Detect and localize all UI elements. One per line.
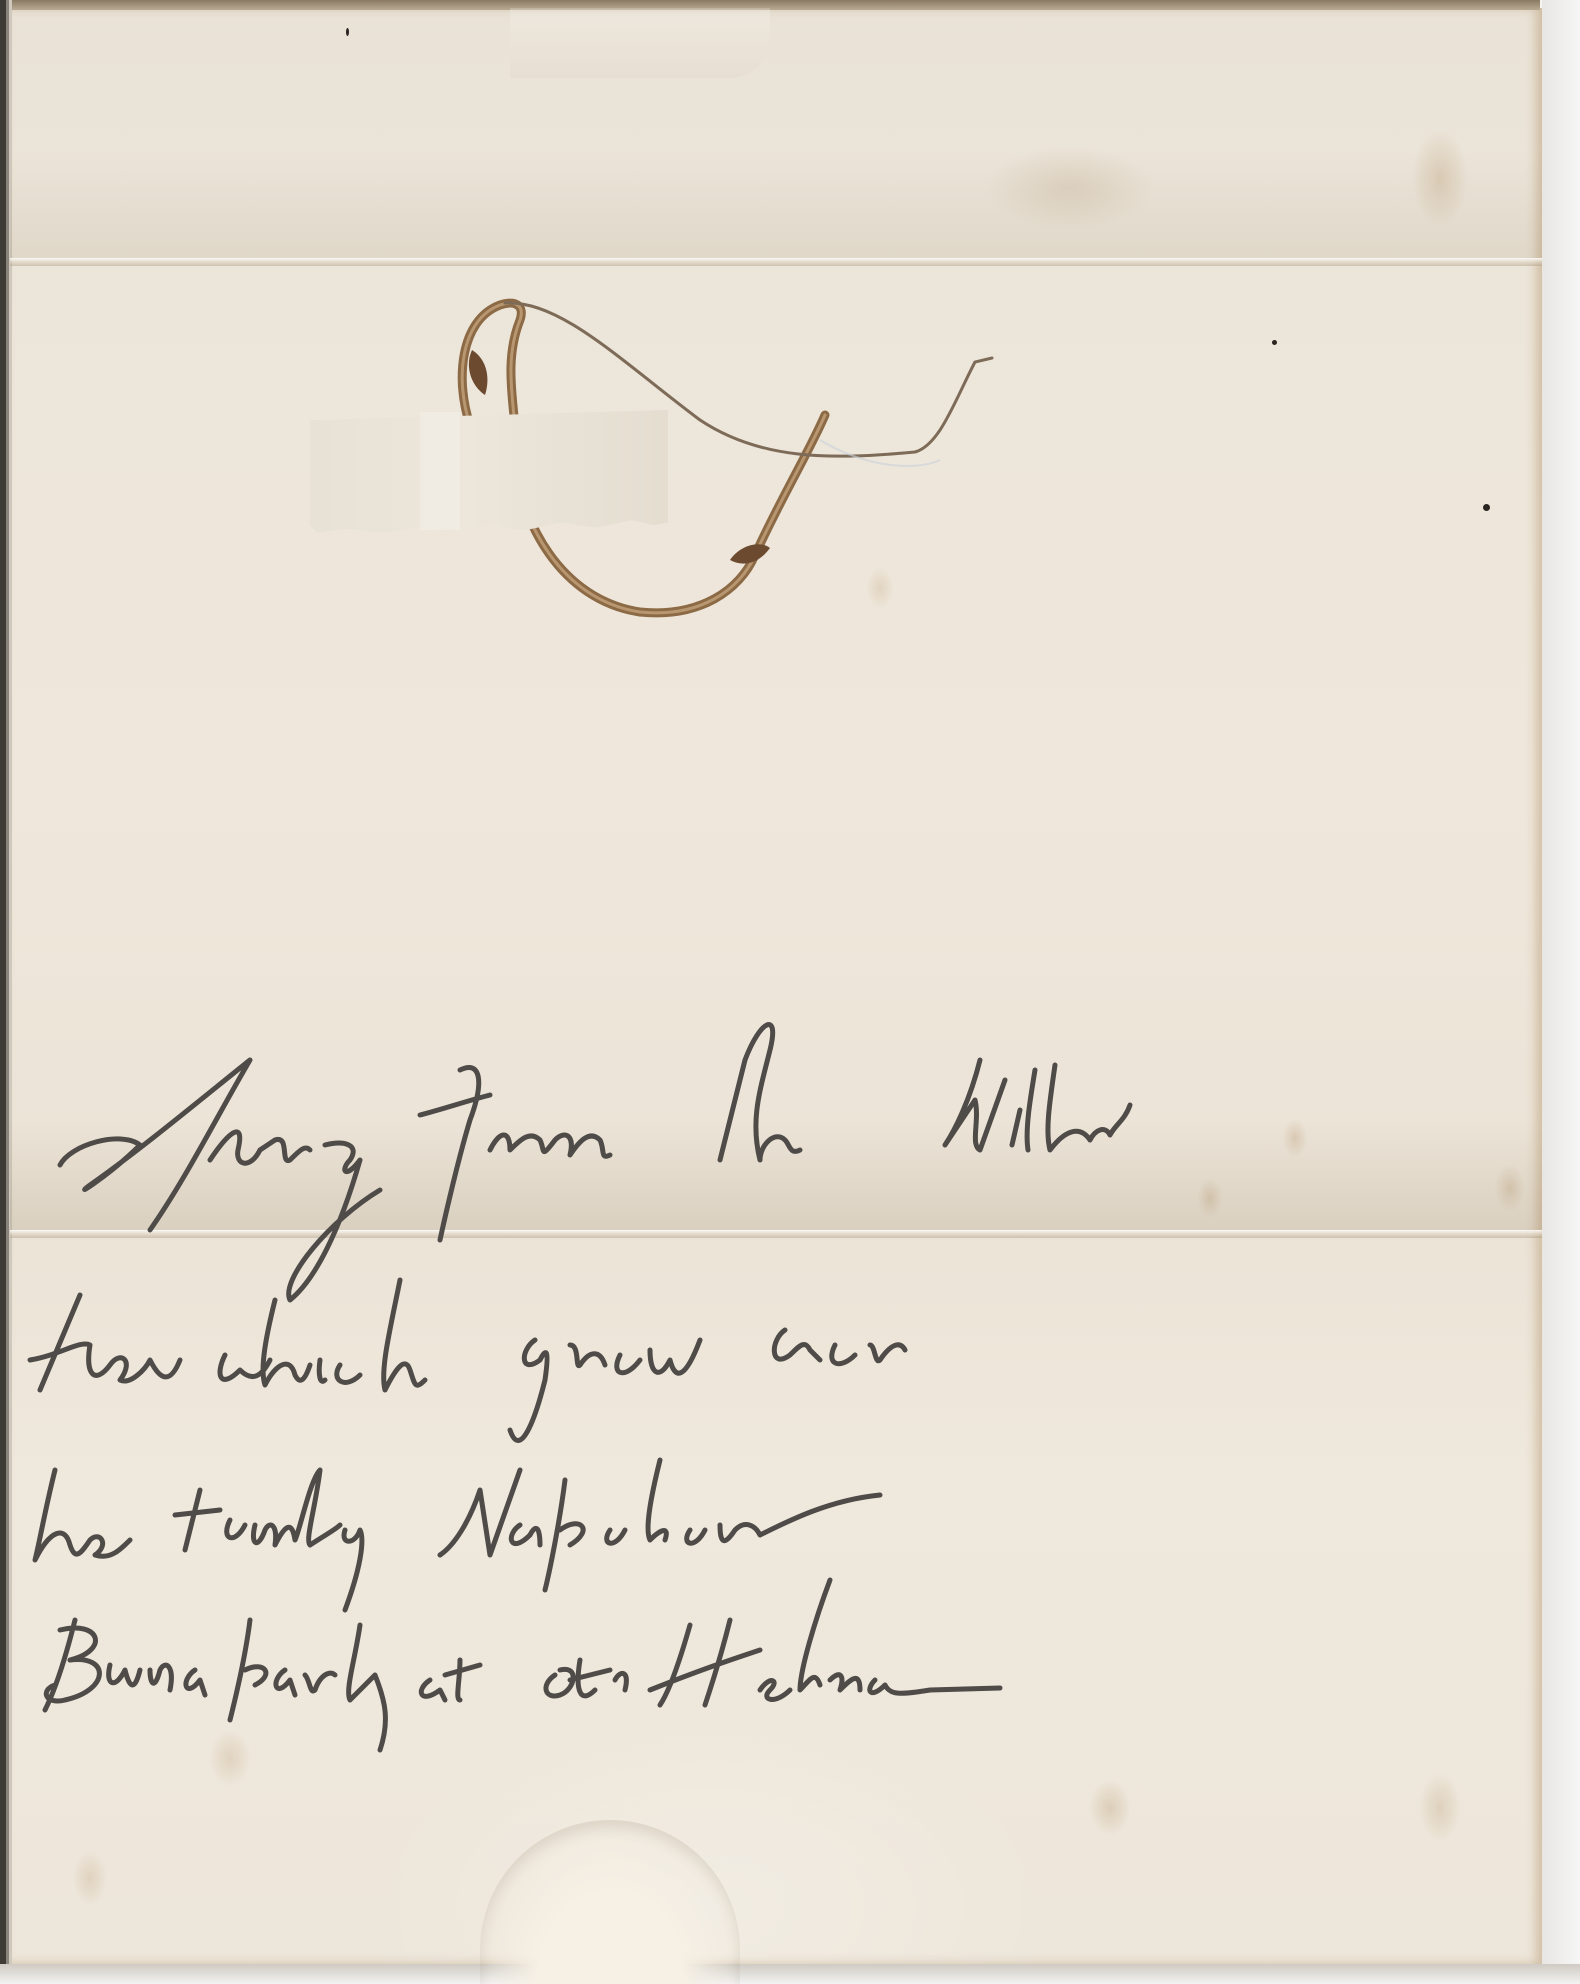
inscription-line-4: Buonaparte at St Helena [45, 1610, 1429, 1738]
inscription-line-2: tree which grew over [40, 1280, 1233, 1408]
inscription-line-3: the tomb of Napoleon [40, 1450, 1253, 1578]
handwritten-inscription: Sprig from the Willow tree which grew ov… [0, 0, 1580, 1984]
inscription-line-1: Sprig from the Willow [60, 1070, 1290, 1198]
